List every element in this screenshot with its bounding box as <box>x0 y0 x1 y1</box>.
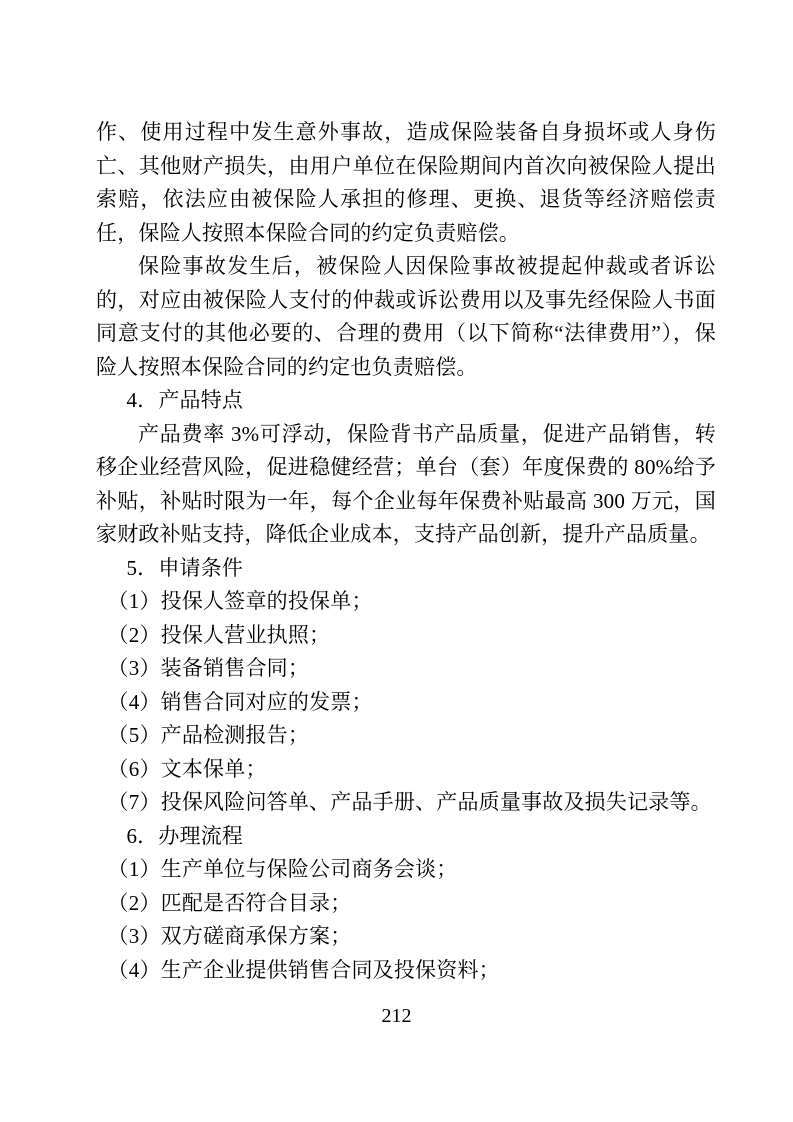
document-page: 作、使用过程中发生意外事故，造成保险装备自身损坏或人身伤亡、其他财产损失，由用户… <box>0 0 793 1122</box>
paragraph-legal-fees: 保险事故发生后，被保险人因保险事故被提起仲裁或者诉讼的，对应由被保险人支付的仲裁… <box>96 250 716 384</box>
list-item-flow-1: （1）生产单位与保险公司商务会谈； <box>96 853 716 887</box>
heading-processing-flow: 6．办理流程 <box>96 820 716 854</box>
paragraph-product-features: 产品费率 3%可浮动，保险背书产品质量，促进产品销售，转移企业经营风险，促进稳健… <box>96 418 716 552</box>
paragraph-liability-continuation: 作、使用过程中发生意外事故，造成保险装备自身损坏或人身伤亡、其他财产损失，由用户… <box>96 116 716 250</box>
list-item-flow-4: （4）生产企业提供销售合同及投保资料； <box>96 954 716 988</box>
list-item-application-5: （5）产品检测报告； <box>96 719 716 753</box>
page-content: 作、使用过程中发生意外事故，造成保险装备自身损坏或人身伤亡、其他财产损失，由用户… <box>96 116 716 987</box>
list-item-application-3: （3）装备销售合同； <box>96 652 716 686</box>
heading-product-features: 4．产品特点 <box>96 384 716 418</box>
list-item-flow-3: （3）双方磋商承保方案； <box>96 920 716 954</box>
list-item-application-1: （1）投保人签章的投保单； <box>96 585 716 619</box>
list-item-flow-2: （2）匹配是否符合目录； <box>96 887 716 921</box>
list-item-application-2: （2）投保人营业执照； <box>96 619 716 653</box>
list-item-application-6: （6）文本保单； <box>96 753 716 787</box>
list-item-application-7: （7）投保风险问答单、产品手册、产品质量事故及损失记录等。 <box>96 786 716 820</box>
list-item-application-4: （4）销售合同对应的发票； <box>96 686 716 720</box>
heading-application-conditions: 5．申请条件 <box>96 552 716 586</box>
page-number: 212 <box>382 1005 412 1027</box>
page-footer: 212 <box>0 1004 793 1028</box>
